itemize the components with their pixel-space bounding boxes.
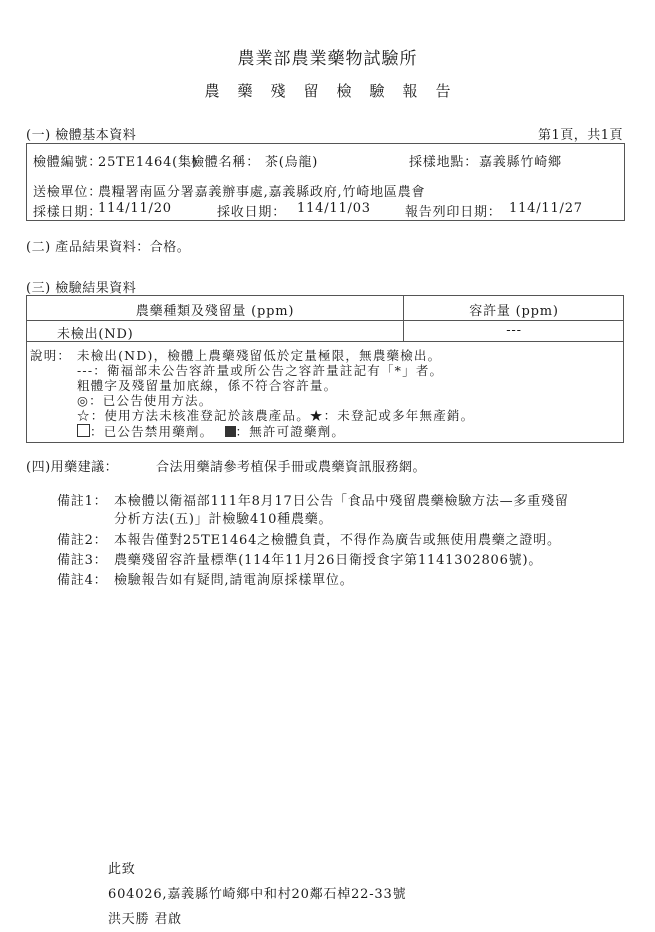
- remark2-line1: 本報告僅對25TE1464之檢體負責，不得作為廣告或無使用農藥之證明。: [114, 529, 561, 548]
- notes-label: 說明：: [30, 346, 71, 364]
- sample-name: 茶(烏龍): [265, 151, 318, 170]
- note-line6a: ：已公告禁用藥劑。: [90, 424, 213, 439]
- section3-title: (三) 檢驗結果資料: [26, 277, 136, 296]
- section2-title: (二) 產品結果資料：合格。: [26, 236, 190, 255]
- column-header-pesticide: 農藥種類及殘留量 (ppm): [27, 300, 403, 319]
- location: 嘉義縣竹崎鄉: [479, 151, 562, 170]
- sampling-date-label: 採樣日期：: [33, 201, 102, 220]
- result-pesticide: 未檢出(ND): [57, 323, 134, 342]
- sample-no-label: 檢體編號：: [33, 151, 102, 170]
- page-info: 第1頁，共1頁: [538, 124, 623, 143]
- sampling-date: 114/11/20: [98, 201, 172, 216]
- salutation: 此致: [108, 858, 136, 877]
- note-line6b: ：無許可證藥劑。: [236, 424, 346, 439]
- submitter-label: 送檢單位：: [33, 181, 102, 200]
- received-date: 114/11/03: [297, 201, 371, 216]
- filled-square-icon: [225, 426, 236, 437]
- recipient-address: 604026,嘉義縣竹崎鄉中和村20鄰石棹22-33號: [108, 883, 406, 902]
- remark1-line1: 本檢體以衛福部111年8月17日公告「食品中殘留農藥檢驗方法—多重殘留: [114, 490, 569, 509]
- empty-square-icon: [77, 424, 90, 437]
- remark1-label: 備註1：: [57, 490, 107, 509]
- remark3-line1: 農藥殘留容許量標準(114年11月26日衛授食字第1141302806號)。: [114, 549, 542, 568]
- section1-title: (一) 檢體基本資料: [26, 124, 136, 143]
- remark1-line2: 分析方法(五)」計檢驗410種農藥。: [114, 508, 332, 527]
- location-label: 採樣地點：: [409, 151, 478, 170]
- report-title: 農藥殘留檢驗報告: [0, 80, 655, 101]
- section4-text: 合法用藥請參考植保手冊或農藥資訊服務網。: [156, 456, 426, 475]
- column-header-tolerance: 容許量 (ppm): [404, 300, 624, 319]
- remark4-line1: 檢驗報告如有疑問,請電詢原採樣單位。: [114, 569, 354, 588]
- sample-no: 25TE1464(集): [98, 151, 198, 170]
- print-date: 114/11/27: [509, 201, 583, 216]
- results-table: 農藥種類及殘留量 (ppm) 容許量 (ppm) 未檢出(ND) --- 說明：…: [26, 295, 624, 443]
- remark4-label: 備註4：: [57, 569, 107, 588]
- result-tolerance: ---: [404, 323, 624, 338]
- submitter: 農糧署南區分署嘉義辦事處,嘉義縣政府,竹崎地區農會: [98, 181, 425, 200]
- note-line6: ：已公告禁用藥劑。 ：無許可證藥劑。: [77, 422, 345, 440]
- institute-name: 農業部農業藥物試驗所: [0, 44, 655, 69]
- remark2-label: 備註2：: [57, 529, 107, 548]
- sample-name-label: 檢體名稱：: [191, 151, 260, 170]
- remark3-label: 備註3：: [57, 549, 107, 568]
- note-line5b: ★：未登記或多年無產銷。: [310, 408, 474, 423]
- sample-info-box: 檢體編號： 25TE1464(集) 檢體名稱： 茶(烏龍) 採樣地點： 嘉義縣竹…: [26, 143, 625, 221]
- note-line5a: ☆：使用方法未核准登記於該農產品。: [77, 408, 310, 423]
- print-date-label: 報告列印日期：: [405, 201, 502, 220]
- received-date-label: 採收日期：: [217, 201, 286, 220]
- section4-label: (四)用藥建議：: [26, 456, 118, 475]
- recipient-name: 洪天勝 君啟: [108, 908, 182, 927]
